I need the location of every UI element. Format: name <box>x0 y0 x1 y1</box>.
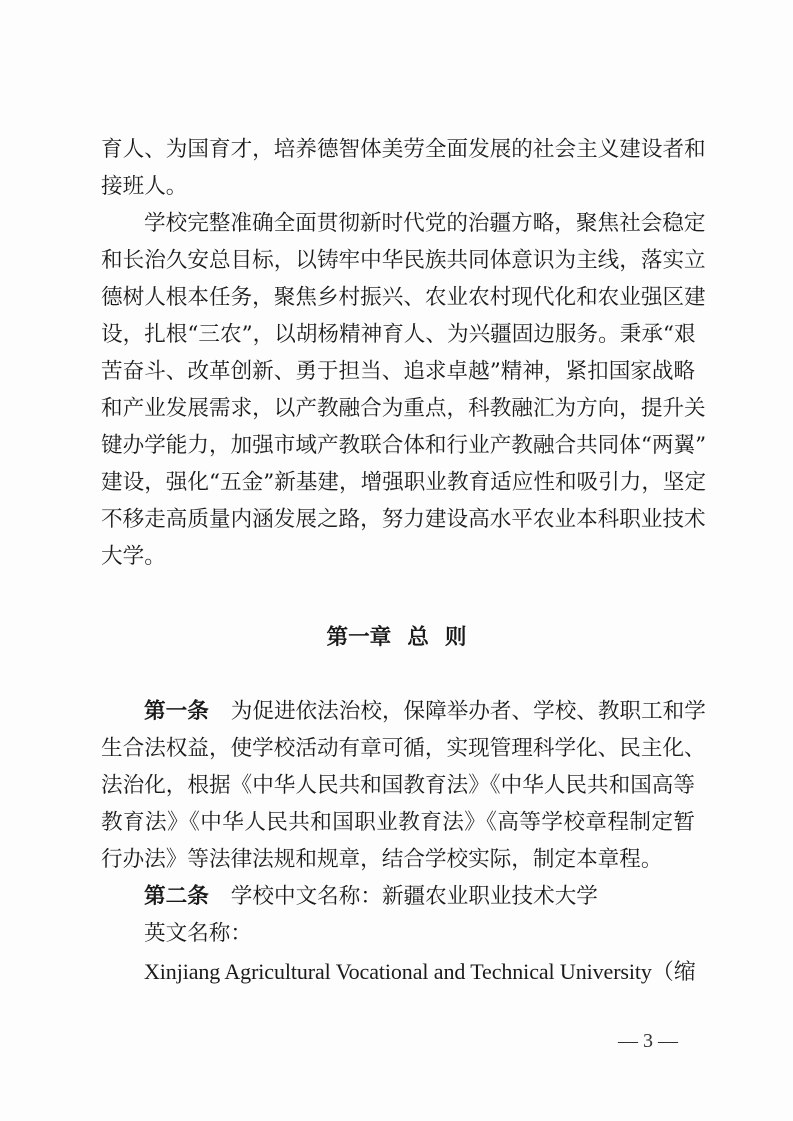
chapter-title-char-1: 总 <box>407 625 429 650</box>
article-1-line-3: 法治化，根据《中华人民共和国教育法》《中华人民共和国高等 <box>101 772 695 800</box>
article-2-label: 第二条 <box>144 884 209 909</box>
article-1-line-2: 生合法权益，使学校活动有章可循，实现管理科学化、民主化、 <box>101 735 695 763</box>
mission-line-3: 德树人根本任务，聚焦乡村振兴、农业农村现代化和农业强区建 <box>101 284 695 312</box>
intro-line-2: 接班人。 <box>101 173 695 201</box>
chapter-number: 第一章 <box>326 625 391 650</box>
article-2-first-line: 第二条学校中文名称：新疆农业职业技术大学 <box>144 883 695 911</box>
article-1-first-line: 第一条为促进依法治校，保障举办者、学校、教职工和学 <box>144 698 695 726</box>
article-1-text: 为促进依法治校，保障举办者、学校、教职工和学 <box>231 699 706 724</box>
article-1-label: 第一条 <box>144 699 209 724</box>
article-2-english-name: Xinjiang Agricultural Vocational and Tec… <box>144 958 695 986</box>
article-1-line-4: 教育法》《中华人民共和国职业教育法》《高等学校章程制定暂 <box>101 809 695 837</box>
mission-line-4: 设，扎根“三农”，以胡杨精神育人、为兴疆固边服务。秉承“艰 <box>101 321 695 349</box>
mission-line-2: 和长治久安总目标，以铸牢中华民族共同体意识为主线，落实立 <box>101 247 695 275</box>
mission-line-8: 建设，强化“五金”新基建，增强职业教育适应性和吸引力，坚定 <box>101 469 695 497</box>
mission-line-5: 苦奋斗、改革创新、勇于担当、追求卓越”精神，紧扣国家战略 <box>101 358 695 386</box>
chapter-title-char-2: 则 <box>445 625 467 650</box>
mission-line-6: 和产业发展需求，以产教融合为重点，科教融汇为方向，提升关 <box>101 395 695 423</box>
article-2-chinese-name: 学校中文名称：新疆农业职业技术大学 <box>231 884 598 909</box>
mission-line-7: 键办学能力，加强市域产教联合体和行业产教融合共同体“两翼” <box>101 432 695 460</box>
chapter-heading: 第一章总则 <box>0 624 793 652</box>
mission-line-9: 不移走高质量内涵发展之路，努力建设高水平农业本科职业技术 <box>101 506 695 534</box>
article-1-line-5: 行办法》等法律法规和规章，结合学校实际，制定本章程。 <box>101 846 695 874</box>
mission-line-10: 大学。 <box>101 543 695 571</box>
mission-line-1: 学校完整准确全面贯彻新时代党的治疆方略，聚焦社会稳定 <box>144 210 695 238</box>
page-number: — 3 — <box>618 1030 678 1053</box>
article-2-english-name-label: 英文名称： <box>144 920 695 948</box>
intro-line-1: 育人、为国育才，培养德智体美劳全面发展的社会主义建设者和 <box>101 136 695 164</box>
